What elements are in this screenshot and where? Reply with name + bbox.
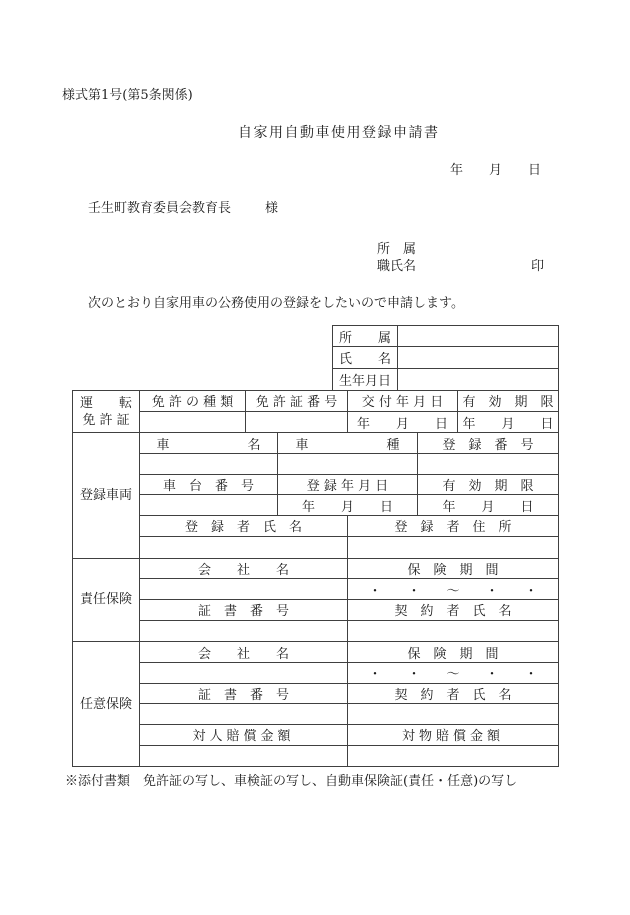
main-table: 運 転 免 許 証 免 許 の 種 類 免 許 証 番 号 交 付 年 月 日 … [72,390,559,767]
vehicle-owner-name-value [140,537,348,558]
applicant-birthdate-row: 生年月日 [333,369,558,390]
page-title: 自家用自動車使用登録申請書 [238,122,440,142]
addressee-honorific: 様 [265,197,278,216]
applicant-table: 所 属 氏 名 生年月日 [332,325,559,391]
liability-cert-value [140,621,348,642]
voluntary-period-header: 保 険 期 間 [348,642,558,662]
vehicle-name-value [140,454,278,474]
vehicle-kind-value [278,454,418,474]
voluntary-company-value [140,663,348,683]
vehicle-value-row-1 [140,454,558,475]
seal-mark: 印 [531,255,544,274]
application-form-page: { "header": { "form_number": "様式第1号(第5条関… [0,0,630,915]
license-number-header: 免 許 証 番 号 [246,391,348,411]
voluntary-coverage-header-row: 対人賠償金額 対物賠償金額 [140,725,558,746]
liability-cert-header: 証 書 番 号 [140,600,348,620]
liability-value-row-1: ・ ・ ～ ・ ・ [140,579,558,600]
license-header-row: 免 許 の 種 類 免 許 証 番 号 交 付 年 月 日 有 効 期 限 [140,391,558,412]
voluntary-cert-header: 証 書 番 号 [140,684,348,704]
voluntary-header-row-1: 会 社 名 保 険 期 間 [140,642,558,663]
vehicle-owner-value-row [140,537,558,558]
license-issue-value: 年 月 日 [348,412,458,433]
applicant-affiliation-value [398,326,558,346]
attachment-note: ※添付書類 免許証の写し、車検証の写し、自動車保険証(責任・任意)の写し [65,770,517,789]
voluntary-property-coverage-value [348,746,558,767]
vehicle-header-row-2: 車 台 番 号 登 録 年 月 日 有 効 期 限 [140,475,558,496]
license-number-value [246,412,348,433]
voluntary-period-value: ・ ・ ～ ・ ・ [348,663,558,683]
license-section-label-line2: 免 許 証 [82,412,129,429]
liability-header-row-1: 会 社 名 保 険 期 間 [140,559,558,580]
intro-sentence: 次のとおり自家用車の公務使用の登録をしたいので申請します。 [88,292,464,311]
vehicle-owner-name-header: 登 録 者 氏 名 [140,516,348,536]
vehicle-regnumber-value [418,454,558,474]
liability-value-row-2 [140,621,558,642]
applicant-name-row: 氏 名 [333,347,558,368]
liability-holder-value [348,621,558,642]
voluntary-section-label: 任意保険 [73,642,140,766]
license-expiry-header: 有 効 期 限 [458,391,558,411]
liability-company-value [140,579,348,599]
vehicle-owner-address-header: 登 録 者 住 所 [348,516,558,536]
vehicle-owner-address-value [348,537,558,558]
liability-period-value: ・ ・ ～ ・ ・ [348,579,558,599]
vehicle-chassis-header: 車 台 番 号 [140,475,278,495]
license-type-value [140,412,246,433]
liability-period-header: 保 険 期 間 [348,559,558,579]
liability-holder-header: 契 約 者 氏 名 [348,600,558,620]
license-section: 運 転 免 許 証 免 許 の 種 類 免 許 証 番 号 交 付 年 月 日 … [73,391,558,433]
voluntary-property-coverage-header: 対物賠償金額 [348,725,558,745]
vehicle-validity-value: 年 月 日 [418,495,558,515]
voluntary-cert-value [140,704,348,724]
voluntary-value-row-2 [140,704,558,725]
liability-header-row-2: 証 書 番 号 契 約 者 氏 名 [140,600,558,621]
voluntary-holder-header: 契 約 者 氏 名 [348,684,558,704]
voluntary-company-header: 会 社 名 [140,642,348,662]
vehicle-section: 登録車両 車 名 車 種 登 録 番 号 車 台 番 号 登 録 年 月 日 有… [73,433,558,558]
license-issue-header: 交 付 年 月 日 [348,391,458,411]
license-section-label-line1: 運 転 [80,395,132,412]
vehicle-value-row-2: 年 月 日 年 月 日 [140,495,558,516]
liability-insurance-section: 責任保険 会 社 名 保 険 期 間 ・ ・ ～ ・ ・ 証 書 番 号 契 約… [73,559,558,643]
vehicle-header-row-1: 車 名 車 種 登 録 番 号 [140,433,558,454]
applicant-affiliation-label: 所 属 [333,326,398,346]
vehicle-chassis-value [140,495,278,515]
vehicle-validity-header: 有 効 期 限 [418,475,558,495]
license-expiry-value: 年 月 日 [458,412,558,433]
vehicle-regdate-header: 登 録 年 月 日 [278,475,418,495]
applicant-birthdate-value [398,369,558,390]
vehicle-regdate-value: 年 月 日 [278,495,418,515]
voluntary-personal-coverage-value [140,746,348,767]
vehicle-kind-header: 車 種 [278,433,418,453]
voluntary-header-row-2: 証 書 番 号 契 約 者 氏 名 [140,684,558,705]
vehicle-regnumber-header: 登 録 番 号 [418,433,558,453]
voluntary-insurance-section: 任意保険 会 社 名 保 険 期 間 ・ ・ ～ ・ ・ 証 書 番 号 契 約… [73,642,558,766]
applicant-name-value [398,347,558,367]
voluntary-personal-coverage-header: 対人賠償金額 [140,725,348,745]
liability-company-header: 会 社 名 [140,559,348,579]
voluntary-holder-value [348,704,558,724]
voluntary-coverage-value-row [140,746,558,767]
license-value-row: 年 月 日 年 月 日 [140,412,558,433]
voluntary-value-row-1: ・ ・ ～ ・ ・ [140,663,558,684]
position-name-line: 職氏名 [377,255,416,274]
vehicle-owner-header-row: 登 録 者 氏 名 登 録 者 住 所 [140,516,558,537]
vehicle-name-header: 車 名 [140,433,278,453]
applicant-name-label: 氏 名 [333,347,398,367]
vehicle-section-label: 登録車両 [73,433,140,557]
applicant-birthdate-label: 生年月日 [333,369,398,390]
license-section-label: 運 転 免 許 証 [73,391,140,432]
form-number: 様式第1号(第5条関係) [62,84,193,103]
liability-section-label: 責任保険 [73,559,140,642]
applicant-affiliation-row: 所 属 [333,326,558,347]
addressee: 壬生町教育委員会教育長 [88,197,231,216]
date-line: 年 月 日 [450,159,541,178]
license-type-header: 免 許 の 種 類 [140,391,246,411]
